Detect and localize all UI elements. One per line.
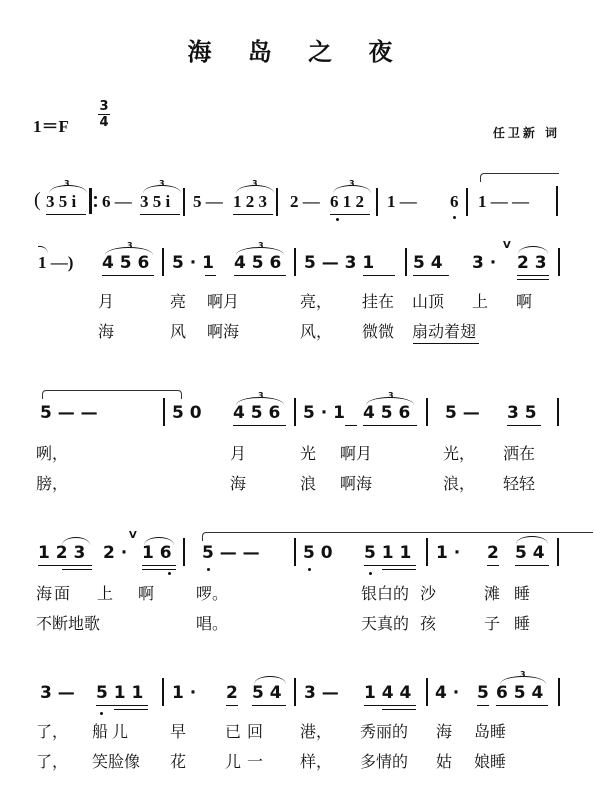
barline — [276, 188, 278, 216]
beam-underline — [140, 214, 180, 215]
note-group: 1 — — — [478, 192, 529, 212]
beam-underline — [38, 565, 92, 566]
beam-underline — [205, 275, 216, 276]
triplet-mark: 3 — [127, 242, 133, 250]
beam-underline — [233, 214, 273, 215]
triplet-mark: 3 — [388, 392, 394, 400]
beam-underline — [363, 275, 395, 276]
beam-underline — [102, 275, 154, 276]
lyric: 滩 — [484, 584, 500, 604]
low-octave-dot — [453, 216, 456, 219]
note-group: 1 · — [436, 543, 460, 563]
key-signature: 1＝F — [33, 112, 69, 137]
repeat-barline — [89, 188, 92, 214]
barline — [557, 538, 559, 566]
lyric: 花 — [170, 752, 186, 772]
lyric: 膀， — [36, 474, 68, 494]
beam-underline — [496, 705, 548, 706]
note-group: 1 —) — [38, 253, 73, 273]
note-group: 2 — — [290, 192, 320, 212]
lyric: 月 — [98, 292, 114, 312]
lyric: 光 — [300, 444, 316, 464]
lyric: 多情的 — [360, 752, 408, 772]
lyric: 娘睡 — [474, 752, 506, 772]
triplet-mark: 3 — [520, 671, 526, 679]
slur-icon — [62, 537, 90, 545]
paren-open: ( — [34, 190, 41, 210]
triplet-mark: 3 — [258, 242, 264, 250]
note-group: 5 4 — [413, 253, 443, 273]
beam-underline — [517, 275, 549, 276]
barline — [426, 538, 428, 566]
beam-underline — [364, 705, 416, 706]
note-group: 5 4 — [252, 683, 282, 703]
triplet-mark: 3 — [64, 180, 70, 188]
barline — [466, 188, 468, 216]
lyric: 啊 — [516, 292, 532, 312]
repeat-dot — [94, 204, 97, 207]
note: 2 — [226, 683, 238, 703]
barline — [183, 538, 185, 566]
barline — [426, 678, 428, 706]
note-group: 4 · — [435, 683, 459, 703]
lyric: 海 — [436, 722, 452, 742]
low-octave-dot — [100, 712, 103, 715]
note-group: 6 5 4 — [496, 683, 543, 703]
lyric: 扇动着翅 — [412, 322, 476, 342]
beam-underline — [382, 709, 416, 710]
note-group: 1 6 — [142, 543, 172, 563]
lyric: 山顶 — [412, 292, 444, 312]
low-octave-dot — [168, 572, 171, 575]
triplet-mark: 3 — [159, 180, 165, 188]
note-group: 2 3 — [517, 253, 547, 273]
note-group: 5 — — — [40, 403, 98, 423]
beam-underline — [226, 705, 238, 706]
lyric: 笑脸像 — [92, 752, 140, 772]
note-group: 3 5 i — [46, 192, 76, 212]
lyric: 子 — [484, 614, 500, 634]
lyric: 海 — [98, 322, 114, 342]
lyric: 姑 — [436, 752, 452, 772]
barline — [558, 248, 560, 276]
lyric: 挂在 — [362, 292, 394, 312]
note-group: 1 2 3 — [38, 543, 85, 563]
note-group: 4 5 6 — [363, 403, 410, 423]
barline — [294, 678, 296, 706]
barline — [163, 398, 165, 426]
barline — [557, 398, 559, 426]
note-group: 5 · 1 — [172, 253, 214, 273]
note-group: 6 1 2 — [330, 192, 364, 212]
note-group: 6 — — [102, 192, 132, 212]
beam-underline — [252, 705, 286, 706]
lyric: 咧， — [36, 444, 68, 464]
beam-underline — [515, 565, 549, 566]
low-octave-dot — [207, 568, 210, 571]
lyric: 秀丽的 — [360, 722, 408, 742]
note-group: 5 0 — [172, 403, 202, 423]
beam-underline — [234, 275, 286, 276]
lyric: 天真的 — [361, 614, 409, 634]
lyric: 轻轻 — [503, 474, 535, 494]
lyric: 睡 — [514, 584, 530, 604]
song-title: 海 岛 之 夜 — [0, 32, 594, 67]
beam-underline — [96, 705, 148, 706]
note-group: 3 — — [304, 683, 339, 703]
lyric-underline — [413, 343, 479, 344]
lyric: 微微 — [362, 322, 394, 342]
note: 6 — [450, 192, 459, 212]
beam-underline — [345, 425, 357, 426]
note-group: 1 — — [387, 192, 417, 212]
beam-underline — [507, 425, 541, 426]
lyric: 啊海 — [207, 322, 239, 342]
lyric: 儿一 — [225, 752, 269, 772]
lyric: 风 — [170, 322, 186, 342]
lyric: 银白的 — [361, 584, 409, 604]
tie-bracket — [42, 390, 182, 399]
note-group: 4 5 6 — [233, 403, 280, 423]
slur-icon — [518, 246, 548, 254]
note-group: 4 5 6 — [234, 253, 281, 273]
lyric: 浪 — [300, 474, 316, 494]
breath-mark-icon: V — [129, 530, 137, 541]
beam-underline — [62, 569, 92, 570]
lyric: 亮， — [300, 292, 332, 312]
lyric: 睡 — [514, 614, 530, 634]
lyric: 港， — [300, 722, 332, 742]
beam-underline — [46, 214, 86, 215]
time-signature: 3 4 — [98, 100, 110, 129]
repeat-dot — [94, 196, 97, 199]
triplet-mark: 3 — [349, 180, 355, 188]
lyric: 样， — [300, 752, 332, 772]
beam-underline — [330, 214, 370, 215]
lyric: 风， — [300, 322, 332, 342]
time-signature-bottom: 4 — [99, 115, 108, 130]
note-group: 3 5 — [507, 403, 537, 423]
note-group: 5 1 1 — [364, 543, 411, 563]
barline — [294, 538, 296, 566]
note-group: 1 4 4 — [364, 683, 411, 703]
barline — [558, 678, 560, 706]
triplet-mark: 3 — [258, 392, 264, 400]
barline — [162, 248, 164, 276]
lyric: 亮 — [170, 292, 186, 312]
lyric: 啰。 — [196, 584, 228, 604]
note-group: 1 · — [172, 683, 196, 703]
lyric: 已回 — [225, 722, 269, 742]
beam-underline — [142, 569, 176, 570]
lyric: 月 — [230, 444, 246, 464]
note-group: 5 0 — [303, 543, 333, 563]
beam-underline — [114, 709, 148, 710]
time-signature-top: 3 — [99, 99, 108, 114]
lyric: 了， — [36, 752, 68, 772]
note-group: 5 1 1 — [96, 683, 143, 703]
lyric: 早 — [170, 722, 186, 742]
beam-underline — [142, 565, 176, 566]
slur-icon — [254, 676, 286, 684]
barline — [183, 188, 185, 216]
beam-underline — [477, 705, 489, 706]
beam-underline — [382, 569, 416, 570]
lyric: 啊海 — [340, 474, 372, 494]
lyric: 不断地歌 — [36, 614, 100, 634]
lyric: 孩 — [420, 614, 436, 634]
triplet-mark: 3 — [252, 180, 258, 188]
low-octave-dot — [369, 572, 372, 575]
note-group: 5 — — [445, 403, 480, 423]
lyric: 了， — [36, 722, 68, 742]
low-octave-dot — [336, 218, 339, 221]
slur-icon — [144, 537, 174, 545]
lyric: 浪， — [443, 474, 475, 494]
note-group: 5 4 — [515, 543, 545, 563]
beam-underline — [363, 425, 417, 426]
note-group: 3 · — [472, 253, 496, 273]
barline — [294, 398, 296, 426]
note: 5 — [477, 683, 489, 703]
lyric: 唱。 — [196, 614, 228, 634]
lyric: 啊 — [138, 584, 154, 604]
lyric: 沙 — [420, 584, 436, 604]
note-group: 3 5 i — [140, 192, 170, 212]
lyric: 海面 — [36, 584, 72, 604]
beam-underline — [517, 279, 549, 280]
barline — [294, 248, 296, 276]
barline — [376, 188, 378, 216]
lyric: 上 — [472, 292, 488, 312]
barline — [556, 186, 558, 216]
barline — [405, 248, 407, 276]
barline — [426, 398, 428, 426]
beam-underline — [364, 565, 416, 566]
note: 2 — [487, 543, 499, 563]
beam-underline — [413, 275, 449, 276]
lyric: 海 — [230, 474, 246, 494]
beam-underline — [487, 565, 499, 566]
note-group: 5 — 3 1 — [304, 253, 374, 273]
note-group: 1 2 3 — [233, 192, 267, 212]
volta-bracket — [480, 173, 559, 182]
barline — [162, 678, 164, 706]
lyric: 洒在 — [503, 444, 535, 464]
low-octave-dot — [308, 568, 311, 571]
lyric: 岛睡 — [474, 722, 506, 742]
note-group: 4 5 6 — [102, 253, 149, 273]
note-group: 5 — — — [202, 543, 260, 563]
lyric: 上 — [97, 584, 113, 604]
note-group: 3 — — [40, 683, 75, 703]
lyricist-credit: 任卫新 词 — [493, 124, 560, 141]
lyric: 船儿 — [92, 722, 132, 742]
note-group: 2 · — [103, 543, 127, 563]
note-group: 5 — — [193, 192, 223, 212]
lyric: 光， — [443, 444, 475, 464]
breath-mark-icon: V — [503, 240, 511, 251]
beam-underline — [233, 425, 286, 426]
lyric: 啊月 — [340, 444, 372, 464]
lyric: 啊月 — [207, 292, 239, 312]
note-group: 5 · 1 — [303, 403, 345, 423]
